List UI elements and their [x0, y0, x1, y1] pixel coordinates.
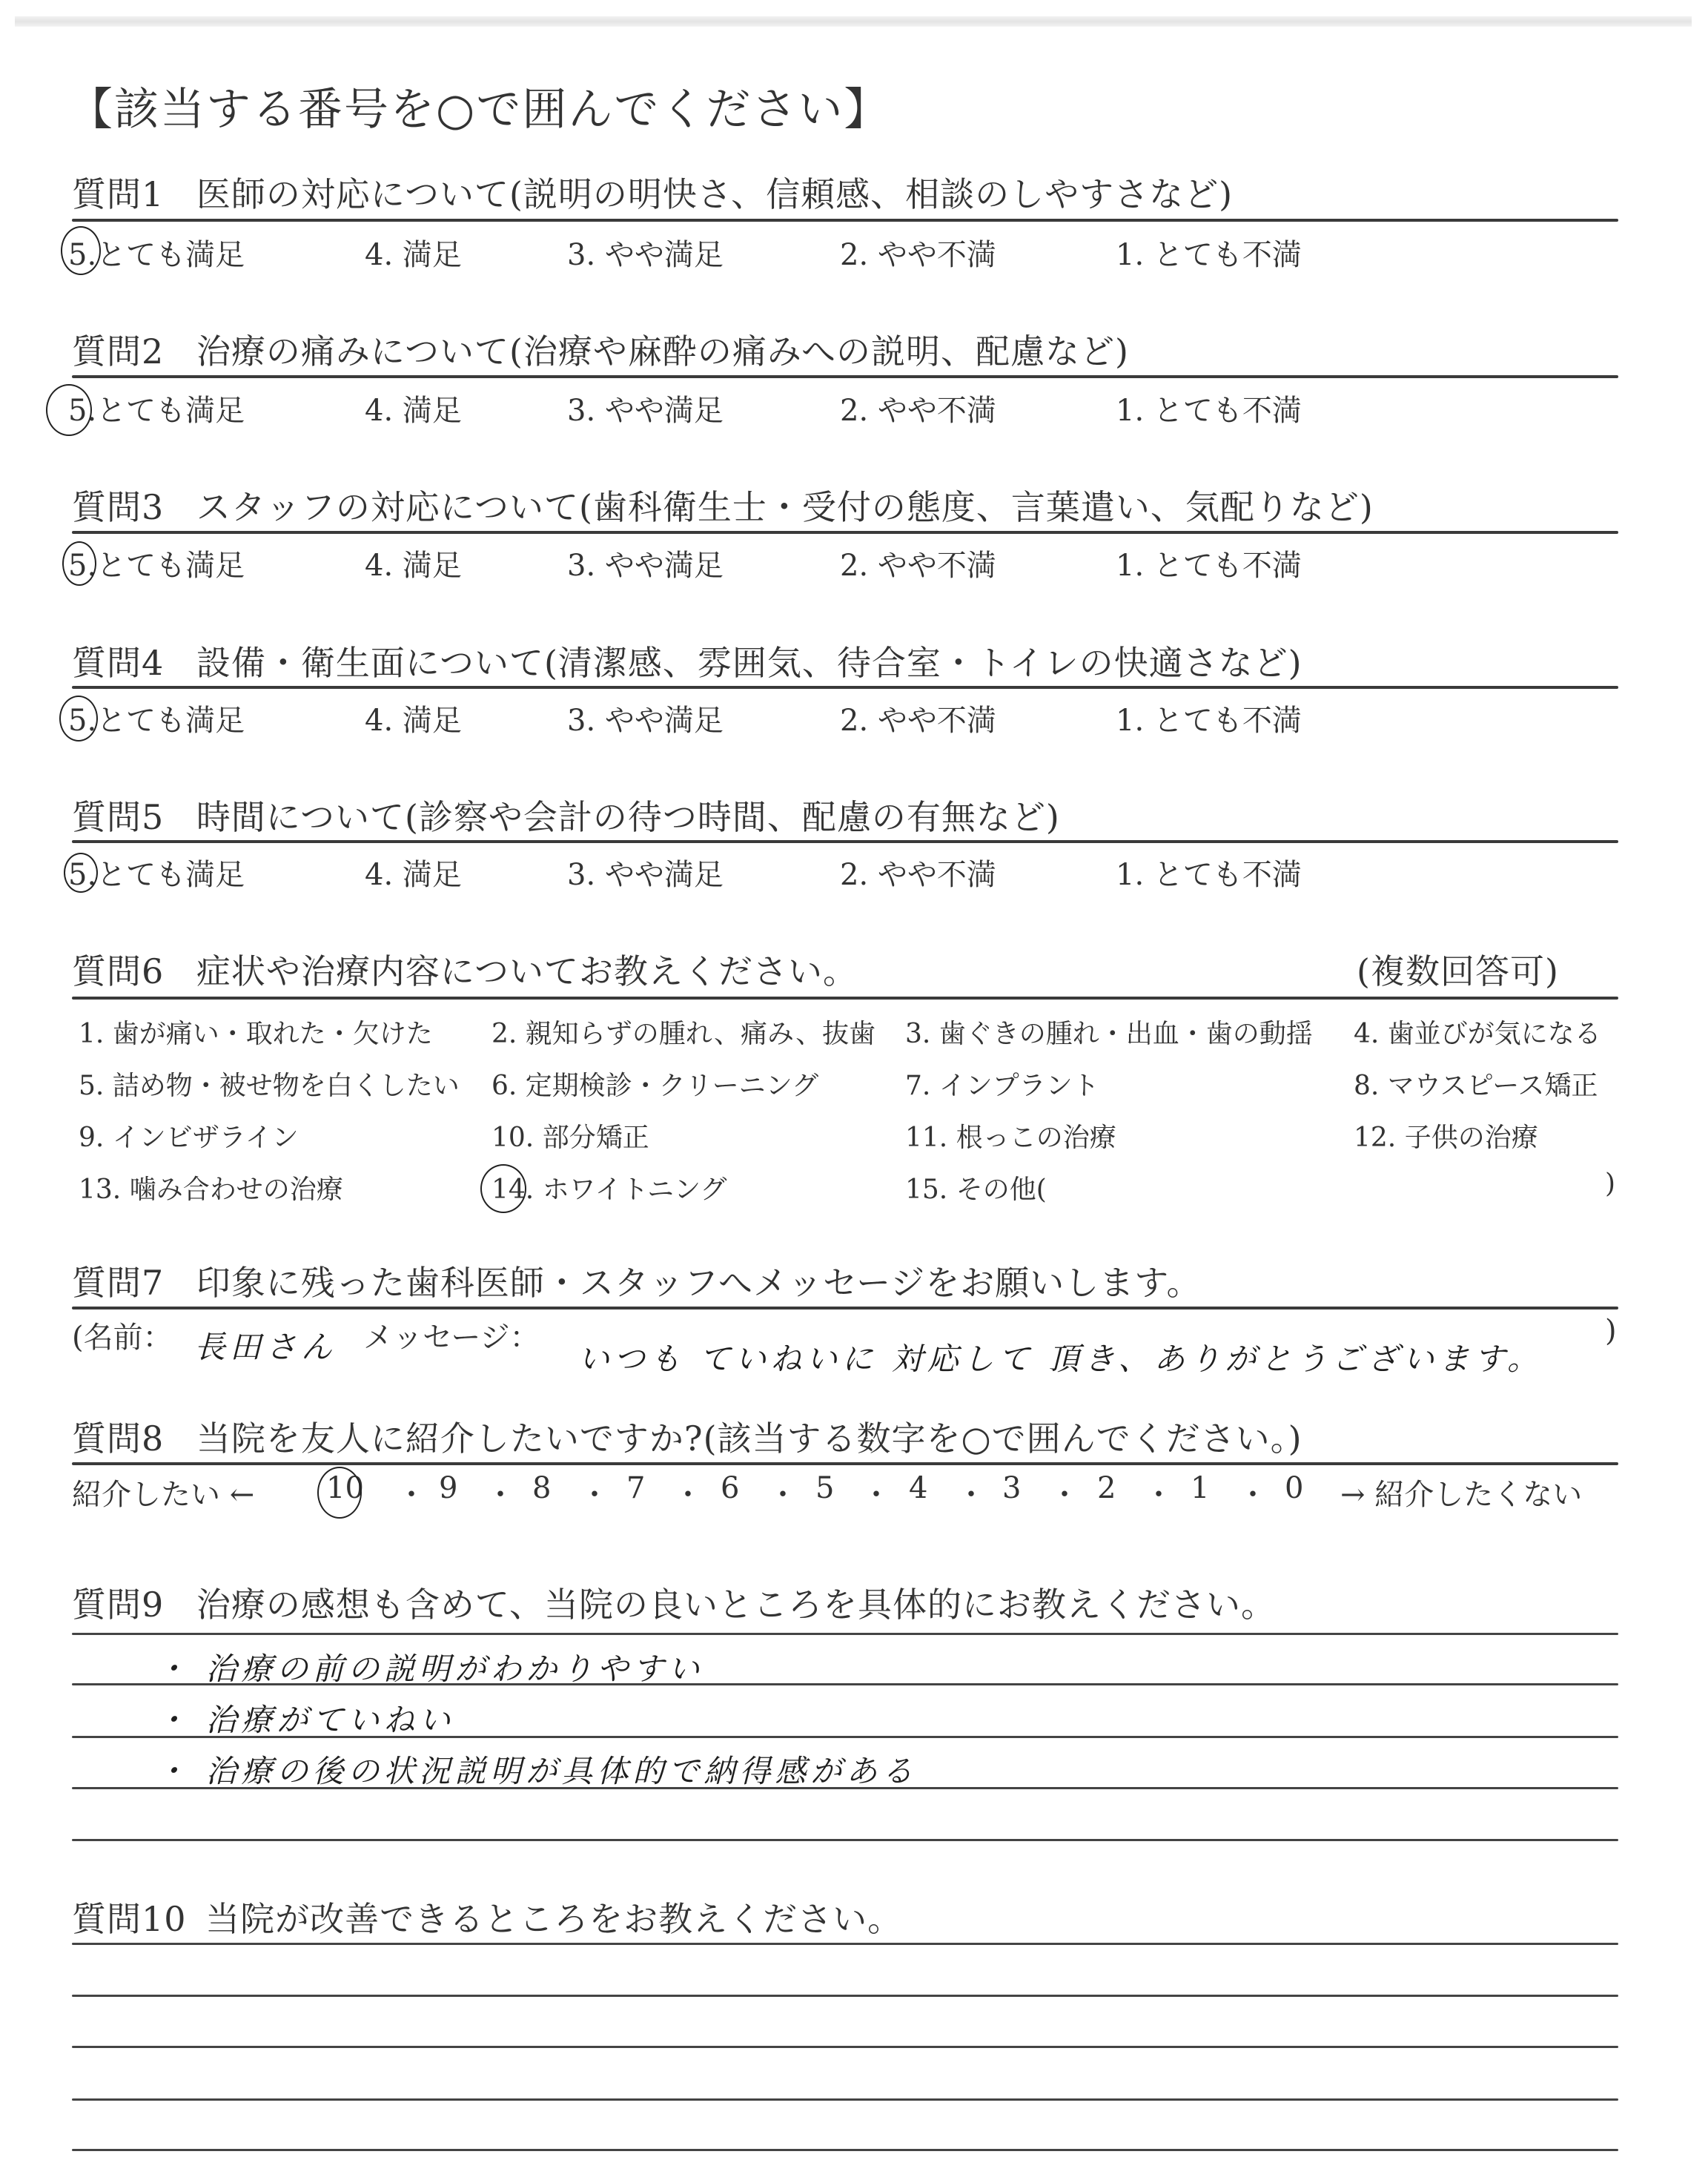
- scale-dot: ・: [861, 1471, 891, 1513]
- question-text: 治療の痛みについて(治療や麻酔の痛みへの説明、配慮など): [196, 331, 1129, 371]
- answer-text[interactable]: ・ 治療の後の状況説明が具体的で納得感がある: [156, 1747, 917, 1791]
- scale-2[interactable]: 2: [1097, 1471, 1116, 1505]
- question-8-heading: 質問8 当院を友人に紹介したいですか?(該当する数字を○で囲んでください。): [72, 1412, 1302, 1461]
- scale-dot: ・: [397, 1471, 426, 1513]
- question-7-heading: 質問7 印象に残った歯科医師・スタッフへメッセージをお願いします。: [72, 1256, 1202, 1305]
- question-9-heading: 質問9 治療の感想も含めて、当院の良いところを具体的にお教えください。: [72, 1578, 1276, 1627]
- answer-line: [72, 1736, 1618, 1738]
- divider: [72, 840, 1618, 843]
- q6-item-14[interactable]: 14. ホワイトニング: [491, 1169, 726, 1206]
- divider: [72, 531, 1618, 534]
- answer-line: [72, 2046, 1618, 2048]
- answer-line: [72, 1787, 1618, 1789]
- question-text: 治療の感想も含めて、当院の良いところを具体的にお教えください。: [196, 1585, 1276, 1625]
- question-label: 質問2: [72, 331, 164, 371]
- answer-line: [72, 1839, 1618, 1841]
- option-2[interactable]: 2. やや不満: [840, 697, 996, 739]
- q6-item-6[interactable]: 6. 定期検診・クリーニング: [491, 1065, 818, 1103]
- question-label: 質問6: [72, 951, 164, 991]
- q6-item-8[interactable]: 8. マウスピース矯正: [1354, 1065, 1598, 1103]
- scale-dot: ・: [580, 1471, 609, 1513]
- question-text: 印象に残った歯科医師・スタッフへメッセージをお願いします。: [196, 1263, 1202, 1303]
- name-label: (名前：: [72, 1314, 173, 1356]
- question-label: 質問10: [72, 1899, 187, 1939]
- option-3[interactable]: 3. やや満足: [567, 697, 724, 739]
- option-4[interactable]: 4. 満足: [365, 542, 462, 584]
- option-2[interactable]: 2. やや不満: [840, 231, 996, 274]
- q6-item-7[interactable]: 7. インプラント: [905, 1065, 1099, 1103]
- selection-circle: [317, 1467, 362, 1519]
- question-10-heading: 質問10 当院が改善できるところをお教えください。: [72, 1892, 902, 1941]
- scale-right-label: → 紹介したくない: [1340, 1471, 1582, 1513]
- question-4-heading: 質問4 設備・衛生面について(清潔感、雰囲気、待合室・トイレの快適さなど): [72, 636, 1302, 685]
- selection-circle: [61, 226, 101, 275]
- answer-line: [72, 2098, 1618, 2101]
- scale-dot: ・: [1144, 1471, 1174, 1513]
- option-2[interactable]: 2. やや不満: [840, 542, 996, 584]
- divider: [72, 686, 1618, 689]
- scale-8[interactable]: 8: [532, 1471, 551, 1505]
- divider: [72, 997, 1618, 1000]
- option-3[interactable]: 3. やや満足: [567, 851, 724, 894]
- question-label: 質問7: [72, 1263, 164, 1303]
- multiple-answers-note: (複数回答可): [1357, 945, 1559, 994]
- option-4[interactable]: 4. 満足: [365, 697, 462, 739]
- question-label: 質問5: [72, 797, 164, 837]
- scale-dot: ・: [673, 1471, 703, 1513]
- question-6-heading: 質問6 症状や治療内容についてお教えください。: [72, 945, 858, 994]
- divider: [72, 1307, 1618, 1309]
- option-1[interactable]: 1. とても不満: [1116, 542, 1302, 584]
- answer-line: [72, 1683, 1618, 1685]
- q6-item-3[interactable]: 3. 歯ぐきの腫れ・出血・歯の動揺: [905, 1013, 1313, 1051]
- q6-item-12[interactable]: 12. 子供の治療: [1354, 1117, 1538, 1155]
- question-3-heading: 質問3 スタッフの対応について(歯科衛生士・受付の態度、言葉遣い、気配りなど): [72, 480, 1374, 529]
- question-text: 当院を友人に紹介したいですか?(該当する数字を○で囲んでください。): [196, 1418, 1302, 1459]
- option-1[interactable]: 1. とても不満: [1116, 387, 1302, 429]
- option-3[interactable]: 3. やや満足: [567, 231, 724, 274]
- scale-1[interactable]: 1: [1191, 1471, 1209, 1505]
- scale-dot: ・: [768, 1471, 798, 1513]
- question-2-heading: 質問2 治療の痛みについて(治療や麻酔の痛みへの説明、配慮など): [72, 325, 1129, 374]
- scale-0[interactable]: 0: [1285, 1471, 1303, 1505]
- name-field[interactable]: 長田さん: [194, 1323, 337, 1367]
- question-text: 医師の対応について(説明の明快さ、信頼感、相談のしやすさなど): [196, 174, 1233, 214]
- q6-item-11[interactable]: 11. 根っこの治療: [905, 1117, 1116, 1155]
- question-text: 時間について(診察や会計の待つ時間、配慮の有無など): [196, 797, 1060, 837]
- scan-edge: [15, 16, 1692, 27]
- answer-line: [72, 1943, 1618, 1945]
- answer-text[interactable]: ・ 治療の前の説明がわかりやすい: [156, 1645, 704, 1689]
- option-5[interactable]: 5.とても満足: [68, 387, 245, 429]
- option-1[interactable]: 1. とても不満: [1116, 851, 1302, 894]
- question-text: 設備・衛生面について(清潔感、雰囲気、待合室・トイレの快適さなど): [196, 643, 1302, 683]
- divider: [72, 219, 1618, 222]
- q6-item-5[interactable]: 5. 詰め物・被せ物を白くしたい: [79, 1065, 460, 1103]
- option-1[interactable]: 1. とても不満: [1116, 231, 1302, 274]
- option-3[interactable]: 3. やや満足: [567, 387, 724, 429]
- scale-6[interactable]: 6: [721, 1471, 739, 1505]
- option-3[interactable]: 3. やや満足: [567, 542, 724, 584]
- answer-line: [72, 2149, 1618, 2151]
- option-1[interactable]: 1. とても不満: [1116, 697, 1302, 739]
- close-paren: ): [1605, 1314, 1617, 1348]
- message-field[interactable]: いつも ていねいに 対応して 頂き、ありがとうございます。: [578, 1335, 1543, 1379]
- selection-circle: [62, 541, 96, 586]
- selection-circle: [480, 1164, 526, 1213]
- q6-item-1[interactable]: 1. 歯が痛い・取れた・欠けた: [79, 1013, 433, 1051]
- divider: [72, 375, 1618, 378]
- scale-5[interactable]: 5: [815, 1471, 834, 1505]
- question-label: 質問3: [72, 487, 164, 527]
- scale-left-label: 紹介したい ←: [72, 1471, 254, 1513]
- scale-dot: ・: [486, 1471, 515, 1513]
- option-2[interactable]: 2. やや不満: [840, 851, 996, 894]
- option-4[interactable]: 4. 満足: [365, 851, 462, 894]
- question-text: スタッフの対応について(歯科衛生士・受付の態度、言葉遣い、気配りなど): [196, 487, 1374, 527]
- option-2[interactable]: 2. やや不満: [840, 387, 996, 429]
- q6-item-10[interactable]: 10. 部分矯正: [491, 1117, 649, 1155]
- q6-item-15[interactable]: 15. その他(: [905, 1169, 1047, 1206]
- answer-line: [72, 1633, 1618, 1635]
- scale-7[interactable]: 7: [626, 1471, 645, 1505]
- selection-circle: [46, 384, 92, 436]
- scale-4[interactable]: 4: [909, 1471, 927, 1505]
- question-text: 症状や治療内容についてお教えください。: [196, 951, 858, 991]
- question-label: 質問9: [72, 1585, 164, 1625]
- other-close-paren: ): [1605, 1169, 1615, 1199]
- question-text: 当院が改善できるところをお教えください。: [205, 1899, 902, 1939]
- scale-3[interactable]: 3: [1002, 1471, 1021, 1505]
- selection-circle: [64, 853, 98, 893]
- question-5-heading: 質問5 時間について(診察や会計の待つ時間、配慮の有無など): [72, 790, 1060, 839]
- divider: [72, 1462, 1618, 1465]
- option-4[interactable]: 4. 満足: [365, 387, 462, 429]
- question-label: 質問1: [72, 174, 164, 214]
- scale-dot: ・: [1050, 1471, 1079, 1513]
- question-1-heading: 質問1 医師の対応について(説明の明快さ、信頼感、相談のしやすさなど): [72, 168, 1233, 217]
- answer-text[interactable]: ・ 治療がていねい: [156, 1696, 454, 1740]
- option-4[interactable]: 4. 満足: [365, 231, 462, 274]
- scale-dot: ・: [956, 1471, 986, 1513]
- answer-line: [72, 1995, 1618, 1997]
- question-label: 質問4: [72, 643, 164, 683]
- scale-9[interactable]: 9: [439, 1471, 457, 1505]
- q6-item-13[interactable]: 13. 噛み合わせの治療: [79, 1169, 343, 1206]
- page-title: 【該当する番号を○で囲んでください】: [68, 74, 890, 138]
- selection-circle: [59, 696, 98, 742]
- message-label: メッセージ：: [363, 1314, 540, 1356]
- question-label: 質問8: [72, 1418, 164, 1459]
- q6-item-9[interactable]: 9. インビザライン: [79, 1117, 299, 1155]
- q6-item-4[interactable]: 4. 歯並びが気になる: [1354, 1013, 1601, 1051]
- q6-item-2[interactable]: 2. 親知らずの腫れ、痛み、抜歯: [491, 1013, 875, 1051]
- scale-dot: ・: [1238, 1471, 1268, 1513]
